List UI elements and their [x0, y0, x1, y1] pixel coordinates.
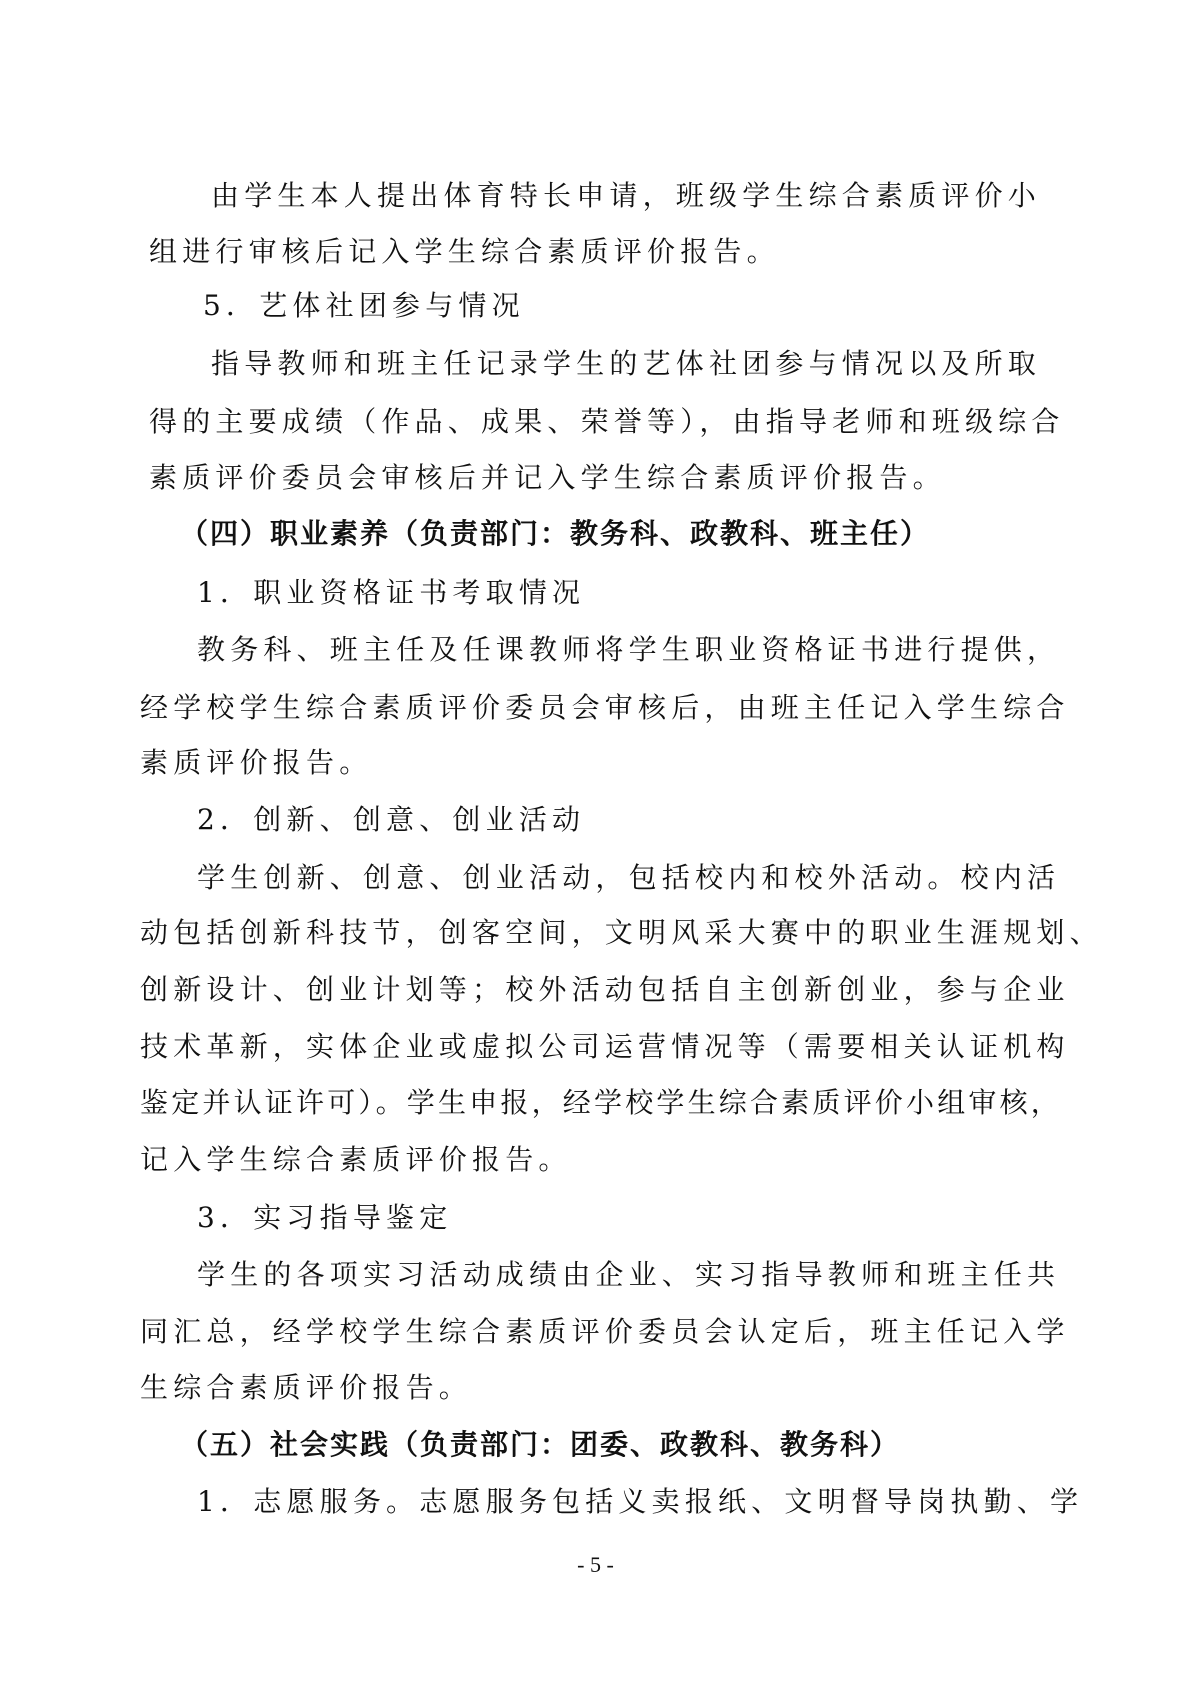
paragraph-volunteer-service-line-1: 1．志愿服务。志愿服务包括义卖报纸、文明督导岗执勤、学: [197, 1482, 1083, 1522]
paragraph-sports-specialty-line-1: 由学生本人提出体育特长申请，班级学生综合素质评价小: [211, 176, 1041, 216]
section-heading-social-practice: （五）社会实践（负责部门：团委、政教科、教务科）: [180, 1425, 900, 1465]
section-heading-professional-literacy: （四）职业素养（负责部门：教务科、政教科、班主任）: [180, 514, 930, 554]
paragraph-innovation-line-2: 动包括创新科技节，创客空间，文明风采大赛中的职业生涯规划、: [140, 913, 1103, 953]
subheading-qualification-certificates: 1．职业资格证书考取情况: [197, 573, 585, 613]
paragraph-arts-clubs-line-1: 指导教师和班主任记录学生的艺体社团参与情况以及所取: [211, 344, 1041, 384]
paragraph-arts-clubs-line-2: 得的主要成绩（作品、成果、荣誉等），由指导老师和班级综合: [149, 402, 1065, 442]
paragraph-internship-line-1: 学生的各项实习活动成绩由企业、实习指导教师和班主任共: [197, 1255, 1060, 1295]
paragraph-sports-specialty-line-2: 组进行审核后记入学生综合素质评价报告。: [149, 232, 780, 272]
paragraph-innovation-line-3: 创新设计、创业计划等；校外活动包括自主创新创业，参与企业: [140, 970, 1070, 1010]
paragraph-internship-line-2: 同汇总，经学校学生综合素质评价委员会认定后，班主任记入学: [140, 1312, 1070, 1352]
paragraph-certificates-line-1: 教务科、班主任及任课教师将学生职业资格证书进行提供，: [197, 630, 1060, 670]
paragraph-arts-clubs-line-3: 素质评价委员会审核后并记入学生综合素质评价报告。: [149, 458, 946, 498]
document-page: 由学生本人提出体育特长申请，班级学生综合素质评价小 组进行审核后记入学生综合素质…: [0, 0, 1191, 1684]
paragraph-innovation-line-5: 鉴定并认证许可）。学生申报，经学校学生综合素质评价小组审核，: [140, 1083, 1062, 1123]
paragraph-internship-line-3: 生综合素质评价报告。: [140, 1368, 472, 1408]
subheading-internship-appraisal: 3．实习指导鉴定: [197, 1198, 452, 1238]
subheading-arts-clubs: 5．艺体社团参与情况: [203, 286, 525, 326]
paragraph-certificates-line-3: 素质评价报告。: [140, 743, 372, 783]
paragraph-innovation-line-6: 记入学生综合素质评价报告。: [140, 1140, 572, 1180]
page-number: - 5 -: [0, 1552, 1191, 1578]
subheading-innovation-activities: 2．创新、创意、创业活动: [197, 800, 585, 840]
paragraph-innovation-line-4: 技术革新，实体企业或虚拟公司运营情况等（需要相关认证机构: [140, 1027, 1070, 1067]
paragraph-certificates-line-2: 经学校学生综合素质评价委员会审核后，由班主任记入学生综合: [140, 688, 1070, 728]
paragraph-innovation-line-1: 学生创新、创意、创业活动，包括校内和校外活动。校内活: [197, 858, 1060, 898]
